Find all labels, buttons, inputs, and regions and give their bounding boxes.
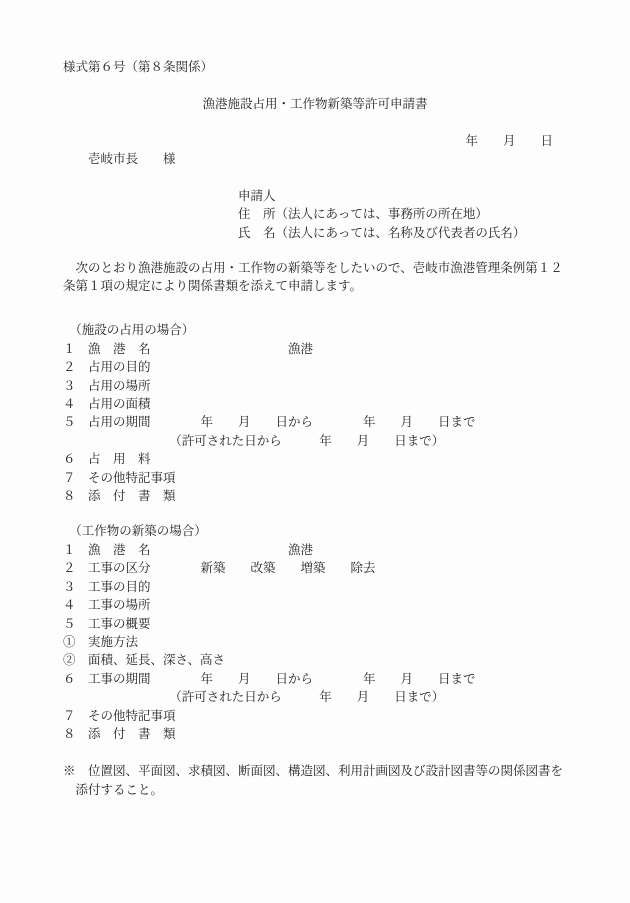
form-number: 様式第６号（第８条関係）	[63, 58, 567, 76]
document-title: 漁港施設占用・工作物新築等許可申請書	[63, 95, 567, 113]
intro-line: 次のとおり漁港施設の占用・工作物の新築等をしたいので、壱岐市漁港管理条例第１２	[63, 259, 567, 277]
construction-section: （工作物の新築の場合） １ 漁 港 名 漁港 ２ 工事の区分 新築 改築 増築 …	[63, 522, 567, 743]
construction-item-period: ６ 工事の期間 年 月 日から 年 月 日まで	[63, 670, 567, 688]
construction-item-method: ① 実施方法	[63, 633, 567, 651]
applicant-block: 申請人 住 所（法人にあっては、事務所の所在地） 氏 名（法人にあっては、名称及…	[238, 187, 567, 242]
occupancy-item-place: ３ 占用の場所	[63, 377, 567, 395]
note-line: 添付すること。	[63, 781, 567, 799]
occupancy-item-period-permitted: （許可された日から 年 月 日まで）	[63, 432, 567, 450]
occupancy-section-heading: （施設の占用の場合）	[63, 321, 567, 339]
occupancy-item-period: ５ 占用の期間 年 月 日から 年 月 日まで	[63, 413, 567, 431]
applicant-name-line: 氏 名（法人にあっては、名称及び代表者の氏名）	[238, 224, 567, 242]
construction-item-period-permitted: （許可された日から 年 月 日まで）	[63, 688, 567, 706]
occupancy-item-purpose: ２ 占用の目的	[63, 358, 567, 376]
occupancy-item-special-notes: ７ その他特記事項	[63, 469, 567, 487]
applicant-label: 申請人	[238, 187, 567, 205]
construction-item-work-category: ２ 工事の区分 新築 改築 増築 除去	[63, 559, 567, 577]
construction-item-purpose: ３ 工事の目的	[63, 578, 567, 596]
note-block: ※ 位置図、平面図、求積図、断面図、構造図、利用計画図及び設計図書等の関係図書を…	[63, 762, 567, 799]
construction-item-special-notes: ７ その他特記事項	[63, 707, 567, 725]
construction-item-place: ４ 工事の場所	[63, 596, 567, 614]
note-line: ※ 位置図、平面図、求積図、断面図、構造図、利用計画図及び設計図書等の関係図書を	[63, 762, 567, 780]
occupancy-item-port-name: １ 漁 港 名 漁港	[63, 340, 567, 358]
occupancy-item-area: ４ 占用の面積	[63, 395, 567, 413]
date-line: 年 月 日	[63, 132, 567, 150]
construction-section-heading: （工作物の新築の場合）	[63, 522, 567, 540]
intro-paragraph: 次のとおり漁港施設の占用・工作物の新築等をしたいので、壱岐市漁港管理条例第１２ …	[63, 259, 567, 296]
construction-item-port-name: １ 漁 港 名 漁港	[63, 541, 567, 559]
applicant-address-line: 住 所（法人にあっては、事務所の所在地）	[238, 205, 567, 223]
document-page: 様式第６号（第８条関係） 漁港施設占用・工作物新築等許可申請書 年 月 日 壱岐…	[0, 0, 630, 903]
addressee-line: 壱岐市長 様	[63, 150, 567, 168]
construction-item-outline: ５ 工事の概要	[63, 615, 567, 633]
intro-line: 条第１項の規定により関係書類を添えて申請します。	[63, 277, 567, 295]
construction-item-dimensions: ② 面積、延長、深さ、高さ	[63, 651, 567, 669]
occupancy-item-attachments: ８ 添 付 書 類	[63, 487, 567, 505]
construction-item-attachments: ８ 添 付 書 類	[63, 725, 567, 743]
occupancy-item-fee: ６ 占 用 料	[63, 450, 567, 468]
occupancy-section: （施設の占用の場合） １ 漁 港 名 漁港 ２ 占用の目的 ３ 占用の場所 ４ …	[63, 321, 567, 505]
